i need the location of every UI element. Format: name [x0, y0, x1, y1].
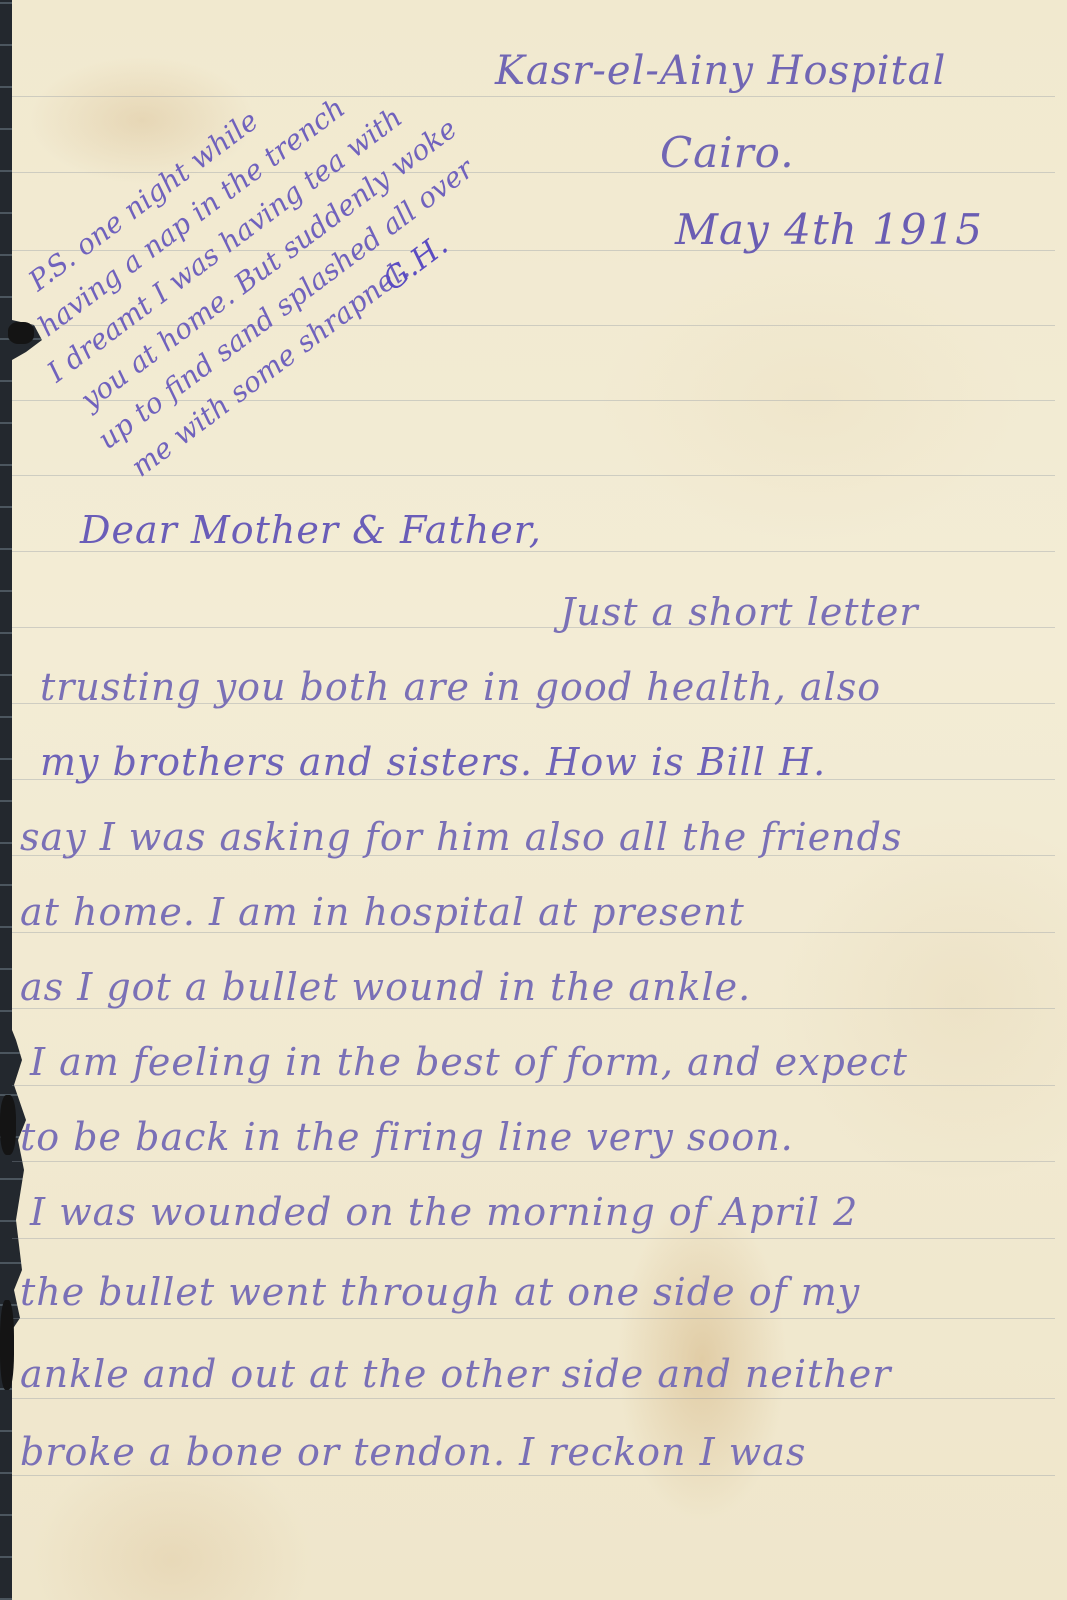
body-line: the bullet went through at one side of m…: [20, 1270, 860, 1314]
ruled-line: [12, 1085, 1055, 1086]
ruled-line: [12, 1161, 1055, 1162]
letter-date: May 4th 1915: [675, 205, 983, 254]
body-line: my brothers and sisters. How is Bill H.: [40, 740, 826, 784]
paper-tear: [0, 1300, 14, 1390]
body-line: as I got a bullet wound in the ankle.: [20, 965, 751, 1009]
salutation: Dear Mother & Father,: [80, 508, 542, 552]
city-name: Cairo.: [660, 128, 795, 177]
body-line: ankle and out at the other side and neit…: [20, 1352, 891, 1396]
ruled-line: [12, 1318, 1055, 1319]
paper-tear: [8, 322, 34, 344]
body-line: broke a bone or tendon. I reckon I was: [20, 1430, 806, 1474]
body-line: at home. I am in hospital at present: [20, 890, 745, 934]
ruled-line: [12, 1238, 1055, 1239]
body-line: I was wounded on the morning of April 2: [30, 1190, 858, 1234]
ruled-line: [12, 475, 1055, 476]
body-line: trusting you both are in good health, al…: [40, 665, 881, 709]
ruled-line: [12, 1475, 1055, 1476]
body-line: I am feeling in the best of form, and ex…: [30, 1040, 908, 1084]
body-line: to be back in the firing line very soon.: [20, 1115, 794, 1159]
paper-tear: [0, 1095, 16, 1155]
ruled-line: [12, 1398, 1055, 1399]
hospital-name: Kasr-el-Ainy Hospital: [495, 48, 946, 94]
body-line: say I was asking for him also all the fr…: [20, 815, 902, 859]
body-line: Just a short letter: [560, 590, 919, 634]
ruled-line: [12, 96, 1055, 97]
